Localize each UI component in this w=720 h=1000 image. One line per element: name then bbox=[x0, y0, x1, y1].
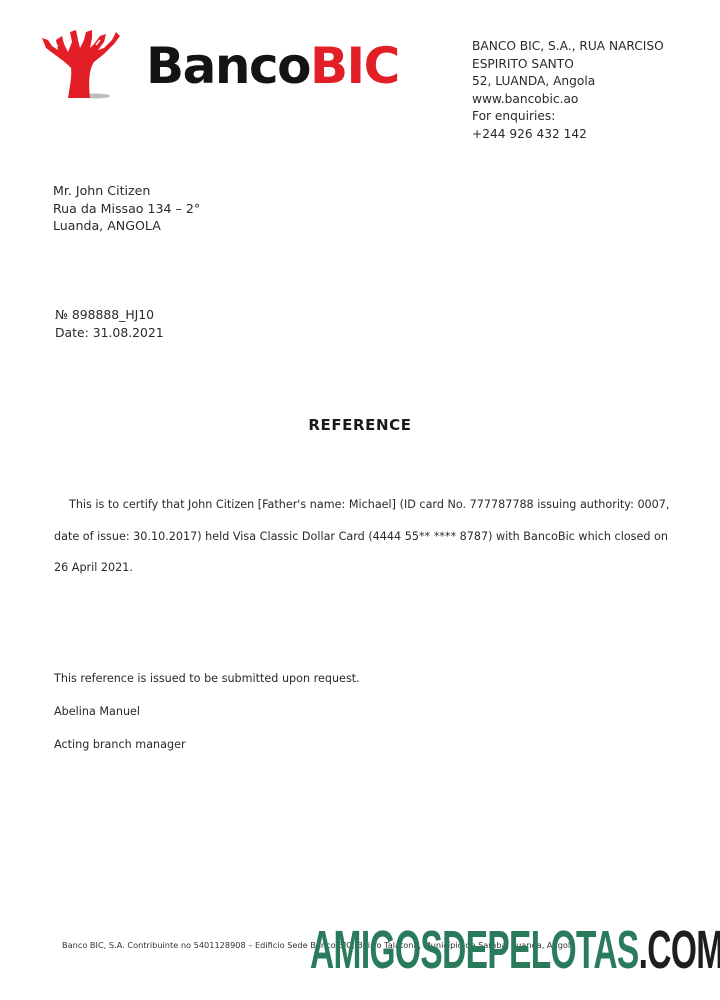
bank-website: www.bancobic.ao bbox=[472, 91, 664, 109]
bank-address-line: ESPIRITO SANTO bbox=[472, 56, 664, 74]
recipient-name: Mr. John Citizen bbox=[53, 182, 200, 200]
enquiries-phone: +244 926 432 142 bbox=[472, 126, 664, 144]
bank-address-block: BANCO BIC, S.A., RUA NARCISO ESPIRITO SA… bbox=[472, 38, 664, 144]
reference-info: № 898888_HJ10 Date: 31.08.2021 bbox=[55, 306, 164, 341]
signatory-title: Acting branch manager bbox=[54, 737, 360, 770]
recipient-street: Rua da Missao 134 – 2° bbox=[53, 200, 200, 218]
bank-logo-wordmark: BancoBIC bbox=[146, 36, 399, 96]
certificate-body: This is to certify that John Citizen [Fa… bbox=[54, 489, 680, 584]
logo-word-bic: BIC bbox=[310, 37, 399, 95]
body-line: 26 April 2021. bbox=[54, 552, 680, 584]
baobab-tree-icon bbox=[38, 26, 120, 102]
logo-word-banco: Banco bbox=[146, 37, 310, 95]
watermark-main: AMIGOSDEPELOTAS bbox=[310, 920, 639, 980]
bank-address-line: 52, LUANDA, Angola bbox=[472, 73, 664, 91]
recipient-city: Luanda, ANGOLA bbox=[53, 217, 200, 235]
body-line: date of issue: 30.10.2017) held Visa Cla… bbox=[54, 521, 680, 553]
bank-address-line: BANCO BIC, S.A., RUA NARCISO bbox=[472, 38, 664, 56]
enquiries-label: For enquiries: bbox=[472, 108, 664, 126]
closing-statement: This reference is issued to be submitted… bbox=[54, 671, 360, 704]
signatory-name: Abelina Manuel bbox=[54, 704, 360, 737]
body-line: This is to certify that John Citizen [Fa… bbox=[54, 489, 680, 521]
closing-block: This reference is issued to be submitted… bbox=[54, 671, 360, 770]
reference-number: № 898888_HJ10 bbox=[55, 306, 164, 324]
recipient-address-block: Mr. John Citizen Rua da Missao 134 – 2° … bbox=[53, 182, 200, 235]
watermark-tld: .COM bbox=[639, 920, 720, 980]
document-title: REFERENCE bbox=[0, 416, 720, 434]
watermark: AMIGOSDEPELOTAS.COM bbox=[310, 918, 720, 982]
reference-date: Date: 31.08.2021 bbox=[55, 324, 164, 342]
